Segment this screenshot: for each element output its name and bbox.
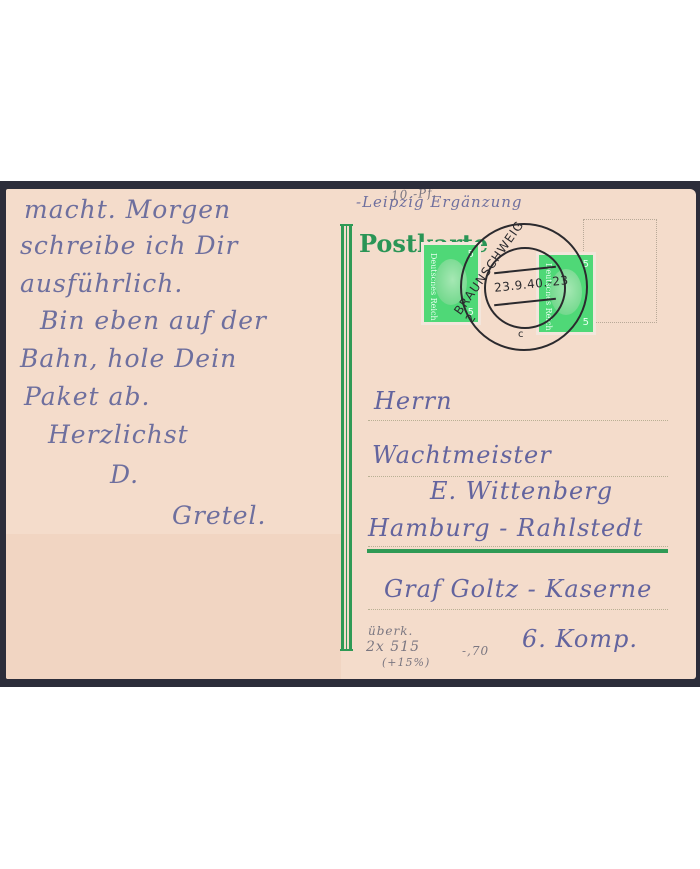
postmark-inner-ring: 23.9.40.-23	[484, 247, 566, 329]
address-dotted-line	[368, 609, 668, 610]
address-line: 6. Komp.	[522, 625, 638, 653]
message-line: D.	[110, 460, 139, 489]
divider-green-bar	[341, 224, 352, 651]
pencil-note-surcharge: (+15%)	[382, 656, 430, 669]
message-line: Bin eben auf der	[40, 306, 267, 335]
address-line: Wachtmeister	[372, 441, 552, 469]
address-line: Graf Goltz - Kaserne	[384, 575, 652, 603]
message-line: ausführlich.	[20, 269, 183, 298]
postmark-letter: c	[518, 329, 525, 340]
address-line: E. Wittenberg	[430, 477, 613, 505]
message-line: macht. Morgen	[24, 195, 231, 224]
top-note: -Leipzig Ergänzung	[356, 193, 523, 211]
pencil-note-label: überk.	[368, 624, 413, 638]
postmark-date: 23.9.40.-23	[493, 273, 569, 295]
stamp-value: 5	[583, 317, 589, 328]
message-line: Paket ab.	[24, 382, 150, 411]
paper-fold-shade	[6, 534, 341, 679]
address-line: Hamburg - Rahlstedt	[368, 514, 643, 542]
pencil-note-price: -,70	[462, 644, 489, 658]
postmark-bar	[494, 266, 556, 274]
stamp-placement-box	[583, 219, 657, 323]
postmark: BRAUNSCHWEIG 2 23.9.40.-23 c	[460, 223, 588, 351]
postcard: macht. Morgen schreibe ich Dir ausführli…	[6, 189, 696, 679]
message-line: Bahn, hole Dein	[20, 344, 237, 373]
pencil-note-catalog: 2x 515	[366, 639, 420, 655]
address-dotted-line	[368, 420, 668, 421]
message-line: Herzlichst	[48, 420, 189, 449]
address-dotted-line	[368, 546, 668, 547]
city-green-underline	[367, 549, 668, 553]
message-line: schreibe ich Dir	[20, 231, 238, 260]
postmark-bar	[494, 298, 556, 306]
address-line: Herrn	[374, 387, 453, 415]
signature: Gretel.	[172, 501, 267, 530]
